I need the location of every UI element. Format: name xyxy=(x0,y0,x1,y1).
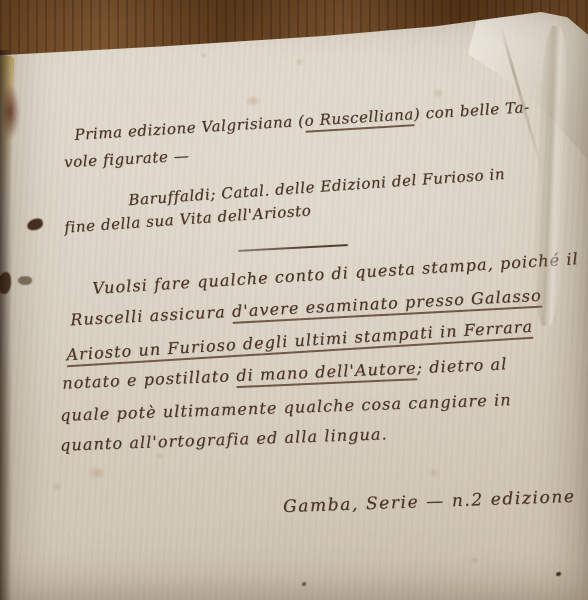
foxing-stain xyxy=(470,556,479,564)
foxing-stain xyxy=(88,466,106,480)
handwritten-line-3: Baruffaldi; Catal. delle Edizioni del Fu… xyxy=(128,165,506,209)
page-corner-fold xyxy=(468,6,588,166)
foxing-stain xyxy=(432,88,444,98)
underlined-text: o Ruscelliana xyxy=(304,105,415,133)
ink-dot xyxy=(302,582,306,586)
text-segment: quale potè ultimamente qualche cosa cang… xyxy=(60,390,512,425)
foxing-stain xyxy=(155,452,164,460)
handwritten-line-2: vole figurate — xyxy=(64,147,190,172)
foxing-stain xyxy=(516,298,525,306)
text-segment: Prima edizione Valgrisiana ( xyxy=(74,112,305,144)
handwritten-line-4: fine della sua Vita dell'Ariosto xyxy=(64,201,312,236)
foxing-stain xyxy=(200,52,208,59)
manuscript-page: Prima edizione Valgrisiana (o Ruscellian… xyxy=(0,0,588,600)
gutter-shadow xyxy=(0,50,12,600)
foxing-stain xyxy=(245,95,261,107)
text-segment: ; dietro al xyxy=(416,354,508,377)
ink-blot xyxy=(17,275,32,286)
foxing-stain xyxy=(52,482,62,491)
underlined-text: di mano dell'Autore xyxy=(236,358,417,388)
ink-dot xyxy=(556,572,561,576)
text-segment: Ruscelli assicura xyxy=(70,302,233,329)
signature-citation: Gamba, Serie — n.2 edizione xyxy=(283,487,576,517)
text-segment: ) con belle Ta- xyxy=(413,98,530,123)
handwritten-line-9: quale potè ultimamente qualche cosa cang… xyxy=(60,390,512,425)
foxing-stain xyxy=(295,58,304,66)
text-segment: notato e postillato xyxy=(62,366,237,393)
text-segment: fine della sua Vita dell'Ariosto xyxy=(64,201,312,236)
text-segment: quanto all'ortografia ed alla lingua. xyxy=(60,424,388,454)
handwritten-line-1: Prima edizione Valgrisiana (o Ruscellian… xyxy=(74,98,530,144)
handwritten-line-10: quanto all'ortografia ed alla lingua. xyxy=(60,424,388,454)
text-segment: Baruffaldi; Catal. delle Edizioni del Fu… xyxy=(128,165,506,209)
manuscript-photo: Prima edizione Valgrisiana (o Ruscellian… xyxy=(0,0,588,600)
foxing-stain xyxy=(428,468,440,478)
ink-blot xyxy=(26,217,44,231)
section-divider-rule xyxy=(238,244,348,252)
text-segment: vole figurate — xyxy=(64,147,190,172)
